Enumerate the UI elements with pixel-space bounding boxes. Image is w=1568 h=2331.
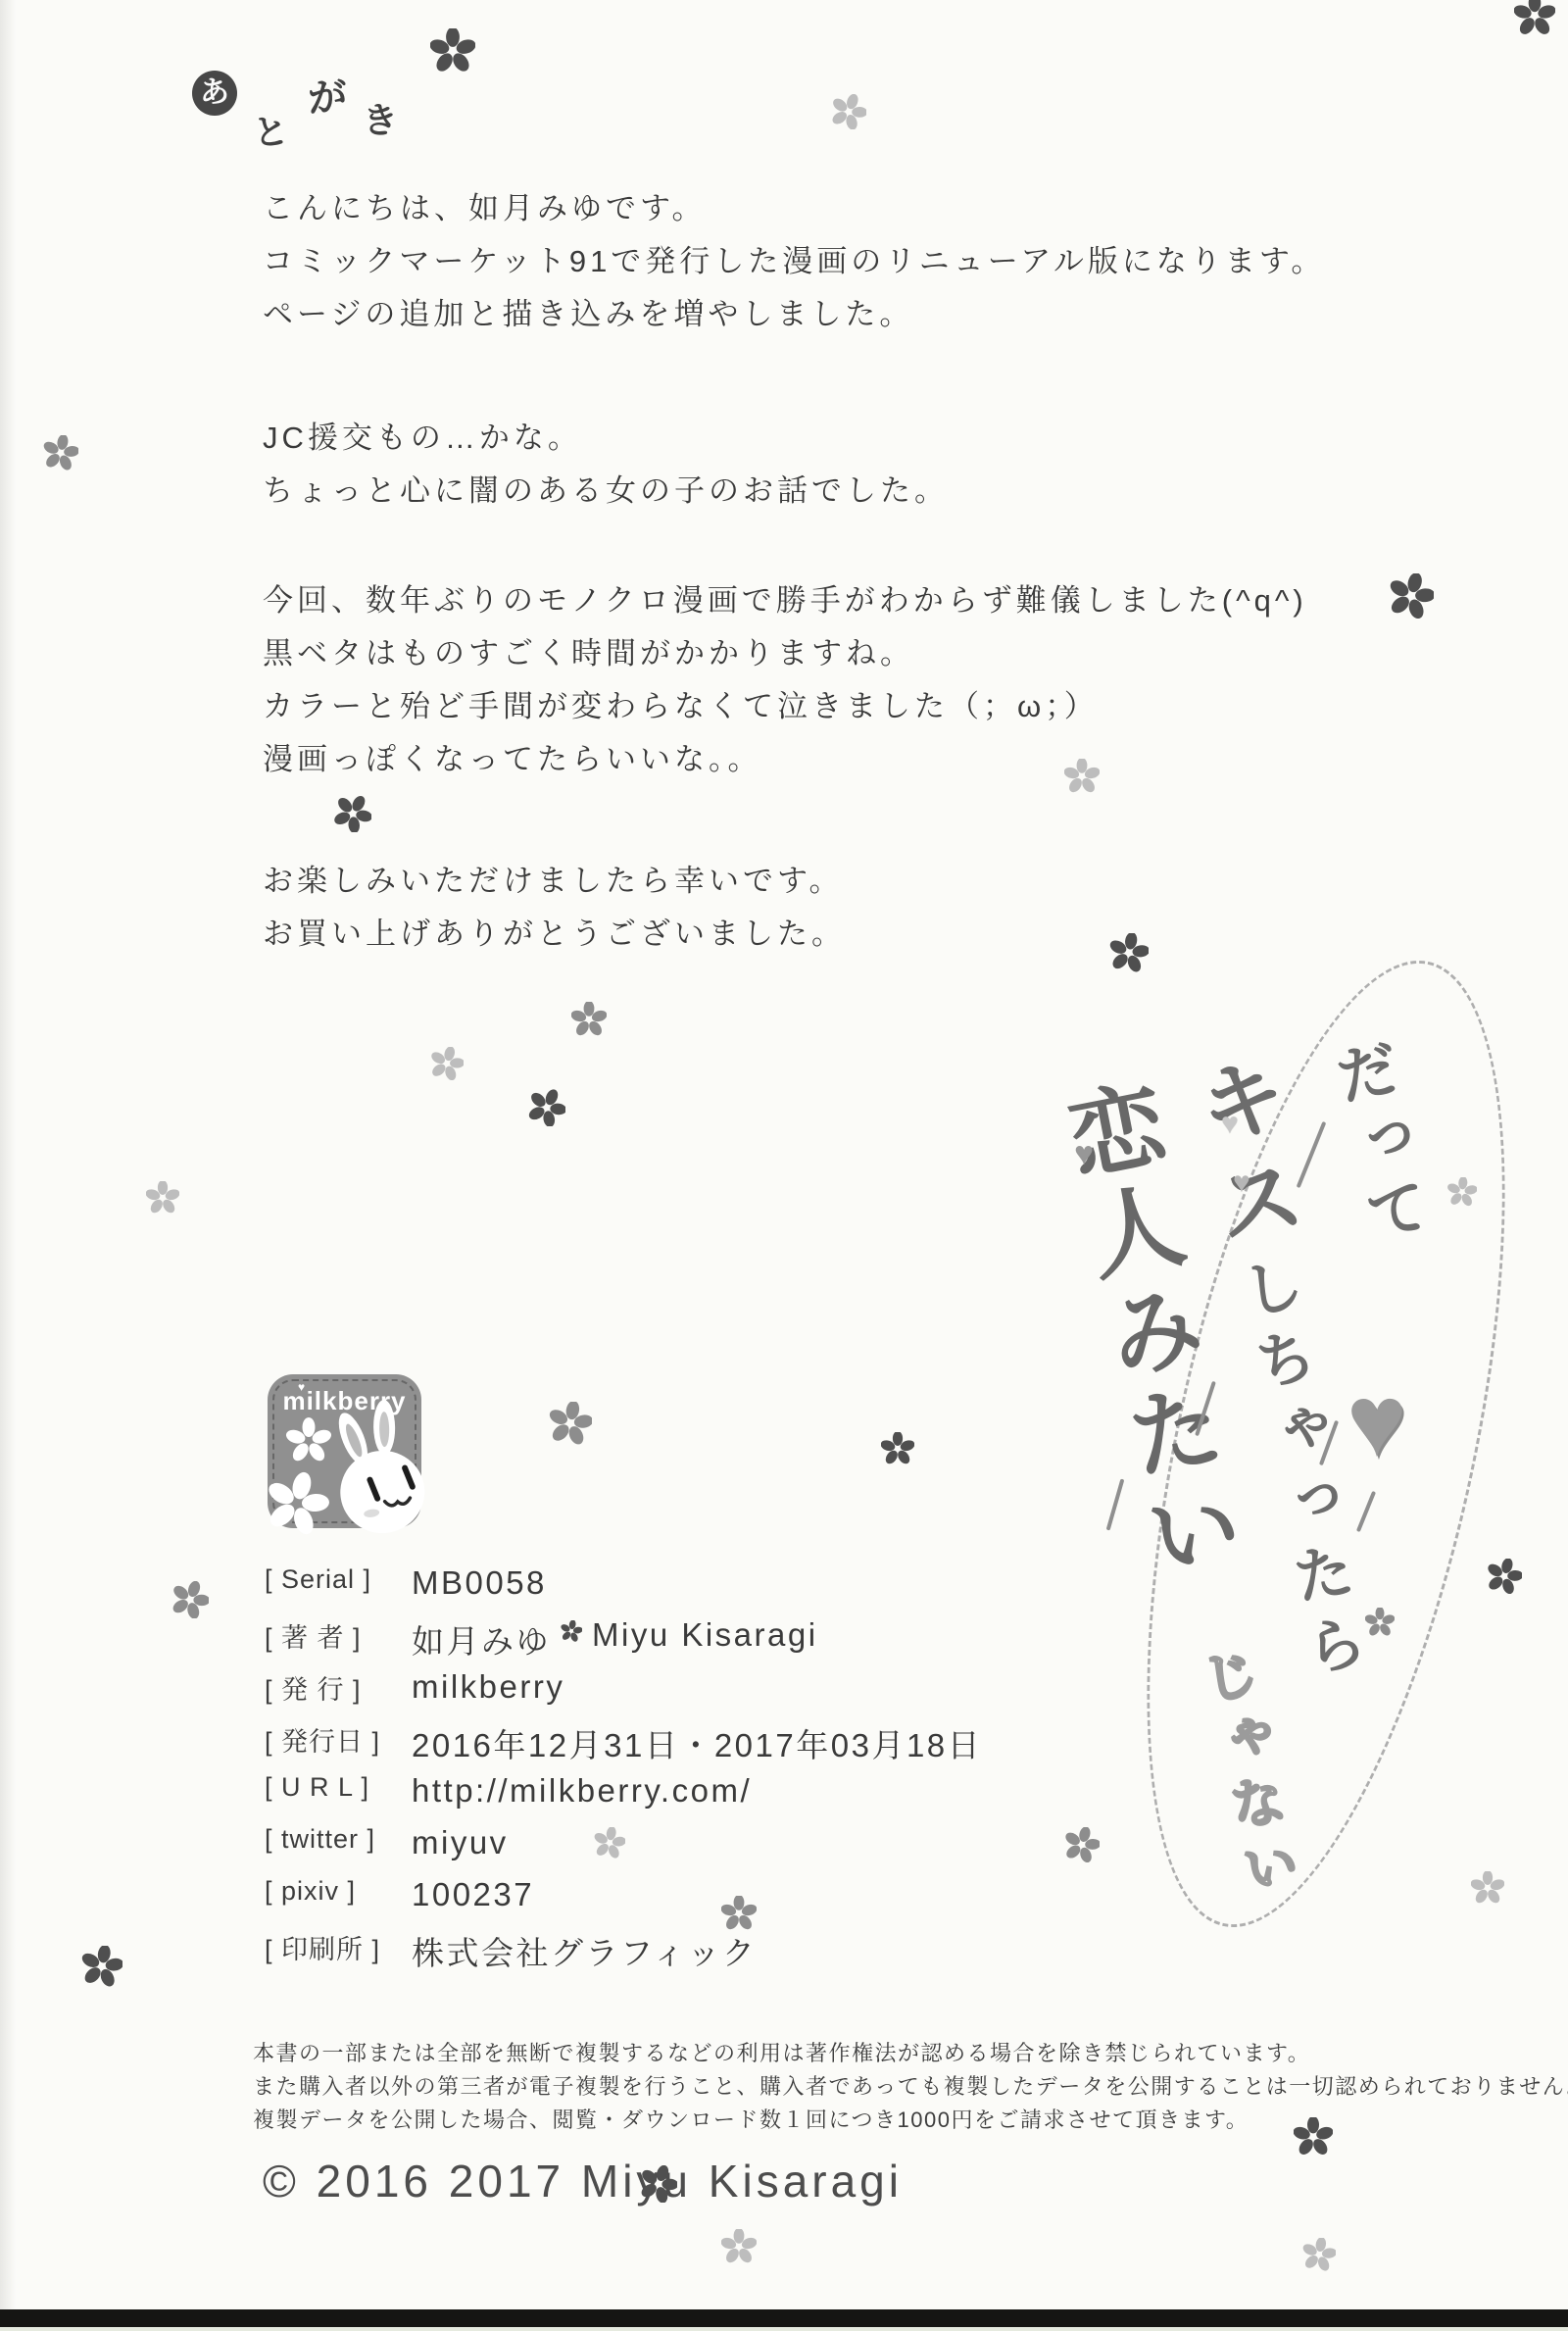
afterword-paragraph: 今回、数年ぶりのモノクロ漫画で勝手がわからず難儀しました(^q^) 黒ベタはもの…: [263, 574, 1307, 786]
flower-decoration: [1294, 2117, 1333, 2161]
colophon-row-pixiv: [ pixiv ] 100237: [265, 1876, 982, 1928]
colophon-label: [ 著 者 ]: [265, 1616, 412, 1655]
text-line: お楽しみいただけましたら幸いです。: [263, 855, 846, 908]
flower-decoration: [81, 1946, 122, 1992]
flower-decoration: [528, 1089, 565, 1131]
flower-icon: [881, 1432, 914, 1465]
text-line: 黒ベタはものすごく時間がかかりますね。: [263, 627, 1307, 680]
flower-decoration: [1109, 933, 1149, 977]
heart-icon: ♥: [1221, 1110, 1239, 1139]
flower-icon: [1514, 0, 1555, 36]
colophon-value-author-jp: 如月みゆ: [412, 1616, 551, 1662]
flower-decoration: [430, 1047, 464, 1085]
flower-icon: [334, 795, 371, 832]
flower-icon: [549, 1402, 592, 1445]
flower-decoration: [146, 1181, 179, 1219]
flower-icon: [171, 1581, 209, 1618]
colophon-label: [ 印刷所 ]: [265, 1928, 412, 1966]
flower-icon: [1064, 759, 1100, 794]
copyright-line: © 2016 2017 Miyu Kisaragi: [263, 2155, 903, 2207]
flower-decoration: [171, 1581, 209, 1623]
flower-decoration: [881, 1432, 914, 1470]
flower-separator-icon: [561, 1620, 582, 1642]
flower-decoration: [831, 94, 866, 134]
flower-icon: [1447, 1177, 1477, 1207]
text-line: 漫画っぽくなってたらいいな。。: [263, 733, 1307, 786]
colophon-value: 100237: [412, 1876, 534, 1913]
colophon-value: miyuv: [412, 1824, 509, 1861]
text-line: 本書の一部または全部を無断で複製するなどの利用は著作権法が認める場合を除き禁じら…: [253, 2037, 1568, 2070]
text-line: JC援交もの…かな。: [263, 412, 949, 465]
heart-icon: ♥: [1233, 1168, 1250, 1198]
text-line: ページの追加と描き込みを増やしました。: [263, 288, 1325, 341]
text-line: ちょっと心に闇のある女の子のお話でした。: [263, 465, 949, 518]
scan-edge-shadow: [0, 0, 16, 2331]
heading-char: が: [306, 66, 349, 124]
heart-icon: ♥: [1074, 1137, 1094, 1170]
flower-decoration: [594, 1827, 625, 1863]
flower-icon: [1064, 1827, 1100, 1862]
flower-decoration: [549, 1402, 592, 1450]
flower-icon: [640, 2165, 677, 2203]
colophon-value-author-en: Miyu Kisaragi: [592, 1616, 818, 1654]
flower-decoration: [1514, 0, 1555, 41]
flower-icon: [528, 1089, 565, 1126]
flower-icon: [594, 1827, 625, 1859]
flower-decoration: [1471, 1871, 1504, 1909]
flower-icon: [571, 1002, 607, 1037]
colophon-value: milkberry: [412, 1668, 564, 1706]
afterword-paragraph: JC援交もの…かな。 ちょっと心に闇のある女の子のお話でした。: [263, 412, 949, 518]
flower-decoration: [640, 2165, 677, 2207]
flower-icon: [1471, 1871, 1504, 1905]
heading-char: き: [363, 93, 398, 143]
big-heart-icon: ♥: [1347, 1370, 1407, 1472]
heading-circle-badge: あ: [192, 71, 237, 116]
colophon-label: [ pixiv ]: [265, 1876, 412, 1907]
flower-icon: [1302, 2238, 1336, 2271]
afterword-paragraph: お楽しみいただけましたら幸いです。 お買い上げありがとうございました。: [263, 855, 846, 961]
scan-edge-strip: [0, 2327, 1568, 2331]
colophon-value: 2016年12月31日・2017年03月18日: [412, 1720, 982, 1766]
colophon-label: [ twitter ]: [265, 1824, 412, 1855]
flower-icon: [561, 1620, 582, 1642]
flower-icon: [721, 1896, 757, 1931]
colophon-row-printer: [ 印刷所 ] 株式会社グラフィック: [265, 1928, 982, 1980]
flower-icon: [721, 2229, 757, 2264]
flower-decoration: [430, 28, 475, 78]
logo-brand-text: milkberry: [268, 1386, 421, 1416]
legal-notice: 本書の一部または全部を無断で複製するなどの利用は著作権法が認める場合を除き禁じら…: [253, 2037, 1568, 2137]
heading-char: と: [250, 103, 290, 156]
white-flower-icon: [257, 1463, 338, 1542]
heart-icon: ♥: [298, 1380, 305, 1394]
flower-icon: [430, 1047, 464, 1080]
colophon-value: 株式会社グラフィック: [412, 1928, 757, 1974]
flower-icon: [43, 435, 78, 471]
flower-decoration: [721, 1896, 757, 1936]
flower-decoration: [43, 435, 78, 475]
flower-icon: [831, 94, 866, 129]
flower-decoration: [334, 795, 371, 837]
text-line: こんにちは、如月みゆです。: [263, 182, 1325, 235]
colophon-row-publish-date: [ 発行日 ] 2016年12月31日・2017年03月18日: [265, 1720, 982, 1772]
colophon-value-url: http://milkberry.com/: [412, 1772, 752, 1810]
text-line: 今回、数年ぶりのモノクロ漫画で勝手がわからず難儀しました(^q^): [263, 574, 1307, 627]
flower-decoration: [1064, 1827, 1100, 1867]
colophon-row-author: [ 著 者 ] 如月みゆ Miyu Kisaragi: [265, 1616, 982, 1668]
text-line: 複製データを公開した場合、閲覧・ダウンロード数１回につき1000円をご請求させて…: [253, 2104, 1568, 2137]
flower-icon: [146, 1181, 179, 1215]
flower-icon: [1389, 573, 1434, 619]
colophon-row-url: [ U R L ] http://milkberry.com/: [265, 1772, 982, 1824]
afterword-paragraph: こんにちは、如月みゆです。 コミックマーケット91で発行した漫画のリニューアル版…: [263, 182, 1325, 341]
flower-icon: [81, 1946, 122, 1987]
text-line: また購入者以外の第三者が電子複製を行うこと、購入者であっても複製したデータを公開…: [253, 2070, 1568, 2104]
flower-icon: [1109, 933, 1149, 972]
scanned-afterword-page: あとがき こんにちは、如月みゆです。 コミックマーケット91で発行した漫画のリニ…: [0, 0, 1568, 2331]
milkberry-logo: milkberry ♥: [268, 1374, 421, 1528]
text-line: コミックマーケット91で発行した漫画のリニューアル版になります。: [263, 235, 1325, 288]
flower-icon: [430, 28, 475, 74]
colophon-label: [ 発行日 ]: [265, 1720, 412, 1759]
flower-decoration: [1447, 1177, 1477, 1212]
flower-icon: [1294, 2117, 1333, 2157]
colophon-label: [ 発 行 ]: [265, 1668, 412, 1707]
flower-decoration: [1487, 1559, 1522, 1599]
flower-icon: [1487, 1559, 1522, 1594]
text-line: お買い上げありがとうございました。: [263, 908, 846, 961]
colophon-label: [ Serial ]: [265, 1564, 412, 1595]
colophon-row-serial: [ Serial ] MB0058: [265, 1564, 982, 1616]
flower-decoration: [1302, 2238, 1336, 2276]
flower-decoration: [1064, 759, 1100, 799]
colophon-row-publisher: [ 発 行 ] milkberry: [265, 1668, 982, 1720]
flower-icon: [1365, 1608, 1395, 1637]
white-flower-icon: [284, 1417, 333, 1463]
flower-decoration: [571, 1002, 607, 1042]
flower-decoration: [721, 2229, 757, 2269]
afterword-heading: あとがき: [192, 59, 398, 116]
flower-decoration: [1389, 573, 1434, 623]
flower-decoration: [1365, 1608, 1395, 1642]
colophon-value: MB0058: [412, 1564, 547, 1602]
text-line: カラーと殆ど手間が変わらなくて泣きました（；ω；）: [263, 680, 1307, 733]
colophon-label: [ U R L ]: [265, 1772, 412, 1803]
scan-edge-black-bar: [0, 2309, 1568, 2327]
colophon: [ Serial ] MB0058 [ 著 者 ] 如月みゆ Miyu Kisa…: [265, 1564, 982, 1980]
